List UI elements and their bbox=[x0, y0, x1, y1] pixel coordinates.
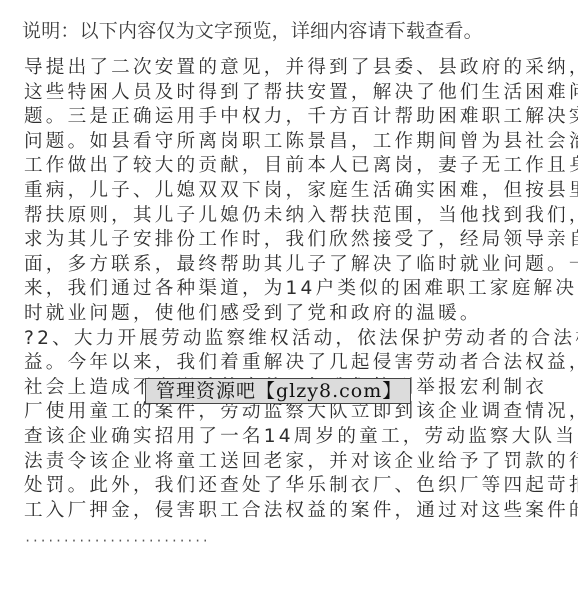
text-line: 题。三是正确运用手中权力，千方百计帮助困难职工解决实际 bbox=[24, 105, 564, 130]
text-line: 厂使用童工的案件，劳动监察大队立即到该企业调查情况，经 bbox=[24, 400, 564, 425]
text-line: ?2、大力开展劳动监察维权活动，依法保护劳动者的合法权 bbox=[24, 327, 564, 352]
text-line: 求为其儿子安排份工作时，我们欣然接受了，经局领导亲自出 bbox=[24, 228, 564, 253]
text-line: 导提出了二次安置的意见，并得到了县委、县政府的采纳，使 bbox=[24, 56, 564, 81]
preview-notice: 说明：以下内容仅为文字预览，详细内容请下载查看。 bbox=[22, 17, 483, 45]
text-line: 面，多方联系，最终帮助其儿子了解决了临时就业问题。一年 bbox=[24, 253, 564, 278]
text-line: 工入厂押金，侵害职工合法权益的案件，通过对这些案件的查 bbox=[24, 499, 564, 524]
text-line: 来，我们通过各种渠道，为14户类似的困难职工家庭解决了临 bbox=[24, 277, 564, 302]
text-line: 重病，儿子、儿媳双双下岗，家庭生活确实困难，但按县里的 bbox=[24, 179, 564, 204]
text-line: 工作做出了较大的贡献，目前本人已离岗，妻子无工作且身患 bbox=[24, 154, 564, 179]
text-line: 帮扶原则，其儿子儿媳仍未纳入帮扶范围，当他找到我们，要 bbox=[24, 204, 564, 229]
text-line: 处罚。此外，我们还查处了华乐制衣厂、色织厂等四起苛扣职 bbox=[24, 474, 564, 499]
document-body: 导提出了二次安置的意见，并得到了县委、县政府的采纳，使 这些特困人员及时得到了帮… bbox=[24, 56, 564, 523]
text-line: 问题。如县看守所离岗职工陈景昌，工作期间曾为县社会治安 bbox=[24, 130, 564, 155]
text-line: 法责令该企业将童工送回老家，并对该企业给予了罚款的行政 bbox=[24, 450, 564, 475]
text-line: 查该企业确实招用了一名14周岁的童工，劳动监察大队当即以 bbox=[24, 425, 564, 450]
text-line: 这些特困人员及时得到了帮扶安置，解决了他们生活困难问 bbox=[24, 81, 564, 106]
text-line: 时就业问题，使他们感受到了党和政府的温暖。 bbox=[24, 302, 564, 327]
truncation-ellipsis: ························ bbox=[24, 534, 209, 548]
text-line: 益。今年以来，我们着重解决了几起侵害劳动者合法权益，在 bbox=[24, 351, 564, 376]
watermark-banner: 管理资源吧【glzy8.com】 bbox=[145, 378, 411, 404]
